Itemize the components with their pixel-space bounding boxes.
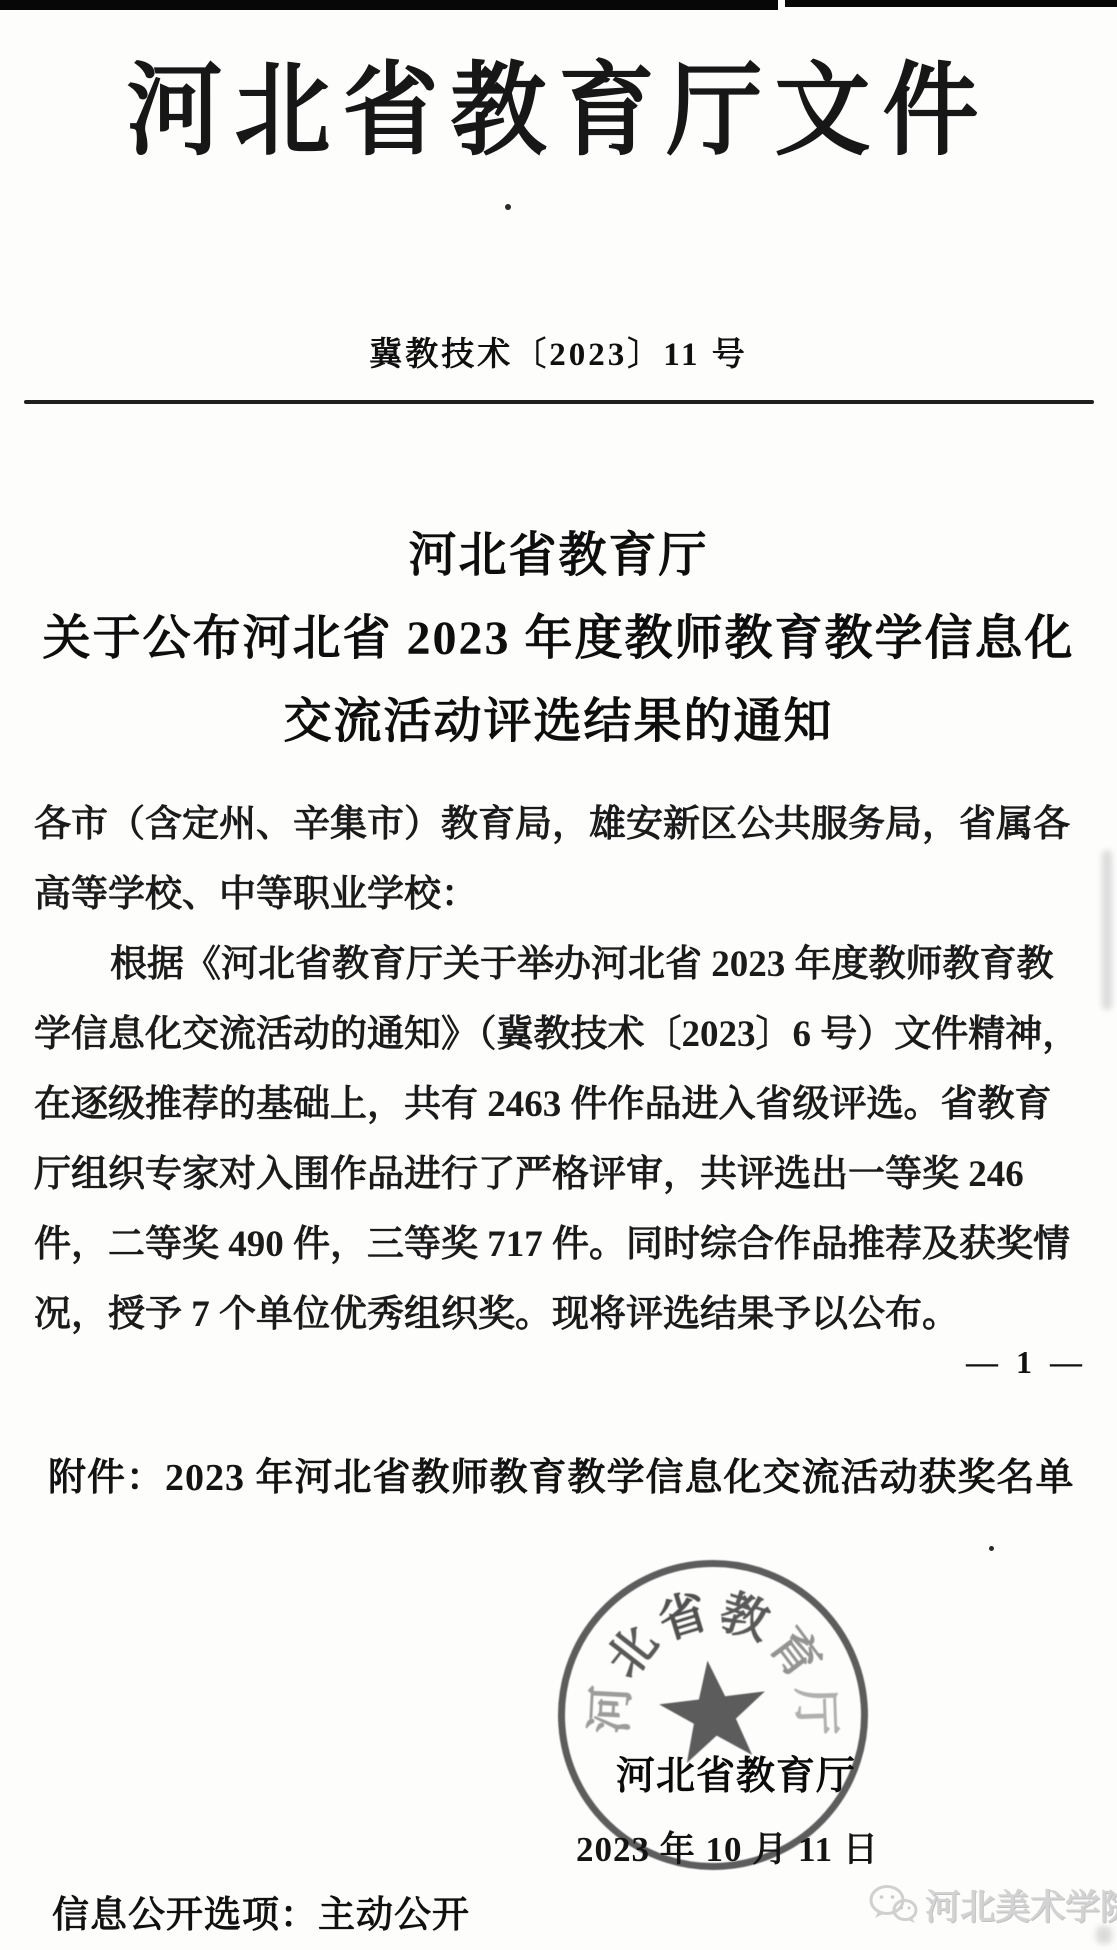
body-line: 件，二等奖 490 件，三等奖 717 件。同时综合作品推荐及获奖情 <box>34 1210 1088 1280</box>
agency-letterhead-title: 河北省教育厅文件 <box>0 30 1117 175</box>
scan-top-bar-right <box>785 0 1117 7</box>
document-title-line-2: 关于公布河北省 2023 年度教师教育教学信息化 <box>0 597 1117 680</box>
body-line: 在逐级推荐的基础上，共有 2463 件作品进入省级评选。省教育 <box>34 1070 1088 1140</box>
wechat-icon <box>868 1883 918 1927</box>
scan-smudge <box>1102 850 1112 1010</box>
letterhead-divider-rule <box>24 400 1094 404</box>
disclosure-option-line: 信息公开选项：主动公开 <box>52 1884 470 1938</box>
document-title-line-3: 交流活动评选结果的通知 <box>0 680 1117 763</box>
body-line: 根据《河北省教育厅关于举办河北省 2023 年度教师教育教 <box>34 930 1088 1000</box>
source-watermark: 河北美术学院 <box>868 1880 1117 1930</box>
attachment-line: 附件：2023 年河北省教师教育教学信息化交流活动获奖名单 <box>48 1446 1075 1501</box>
body-line: 况，授予 7 个单位优秀组织奖。现将评选结果予以公布。 <box>34 1280 1088 1350</box>
seal-arc-char: 厅 <box>785 1686 856 1736</box>
seal-arc-char: 河 <box>570 1684 641 1736</box>
body-line: 厅组织专家对入围作品进行了严格评审，共评选出一等奖 246 <box>34 1140 1088 1210</box>
watermark-label: 河北美术学院 <box>925 1880 1117 1930</box>
scanned-document-page: 河北省教育厅文件 冀教技术〔2023〕11 号 河北省教育厅 关于公布河北省 2… <box>0 0 1117 1950</box>
document-body: 各市（含定州、辛集市）教育局，雄安新区公共服务局，省属各 高等学校、中等职业学校… <box>34 790 1088 1350</box>
body-line: 学信息化交流活动的通知》（冀教技术〔2023〕6 号）文件精神， <box>34 1000 1088 1070</box>
scan-speck <box>505 204 511 210</box>
document-title-line-1: 河北省教育厅 <box>0 514 1117 597</box>
issue-date: 2023 年 10 月 11 日 <box>576 1822 879 1872</box>
body-line: 高等学校、中等职业学校： <box>34 860 1088 930</box>
document-title: 河北省教育厅 关于公布河北省 2023 年度教师教育教学信息化 交流活动评选结果… <box>0 514 1117 763</box>
body-line: 各市（含定州、辛集市）教育局，雄安新区公共服务局，省属各 <box>34 790 1088 860</box>
scan-speck <box>989 1546 994 1551</box>
page-number: — 1 — <box>966 1344 1087 1381</box>
scan-top-bar-left <box>0 0 778 10</box>
issuing-agency-signature: 河北省教育厅 <box>616 1745 856 1801</box>
document-number: 冀教技术〔2023〕11 号 <box>0 328 1117 375</box>
